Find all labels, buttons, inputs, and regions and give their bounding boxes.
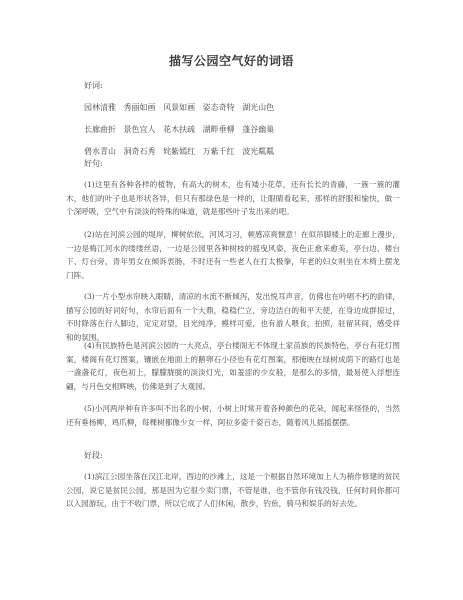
word-item: 园林清雅 — [84, 103, 116, 112]
word-item: 秀丽如画 — [124, 103, 156, 112]
good-passages-label: 好段: — [84, 450, 103, 461]
word-item: 姿态奇特 — [203, 103, 235, 112]
passage-paragraph: (1)滨江公园坐落在汉江北岸，西边的沙滩上，这是一个根据自然环境加上人为稍作修建… — [66, 470, 400, 511]
word-item: 蓬谷幽巢 — [242, 125, 274, 134]
document-page: 描写公园空气好的词语 好词: 园林清雅 秀丽如画 风景如画 姿态奇特 湖光山色 … — [0, 0, 463, 600]
good-sentences-label: 好句: — [84, 158, 103, 169]
sentence-paragraph: (1)这里有各种各样的植物，有高大的树木，也有矮小花草，还有长长的青藤，一簇一簇… — [66, 178, 400, 219]
word-item: 景色宜人 — [124, 125, 156, 134]
word-item: 波光粼粼 — [242, 147, 274, 156]
word-item: 长廊曲折 — [84, 125, 116, 134]
word-item: 洞奇石秀 — [124, 147, 156, 156]
word-item: 姹紫嫣红 — [163, 147, 195, 156]
good-words-row: 长廊曲折 景色宜人 花木扶疏 湖畔垂柳 蓬谷幽巢 — [84, 124, 279, 135]
sentence-paragraph: (3)一片小型水帘映入眼睛，清凉的水流不断倾泻，发出悦耳声音，仿佛也在吟唱不朽的… — [66, 290, 400, 344]
word-item: 碧水青山 — [84, 147, 116, 156]
word-item: 湖光山色 — [242, 103, 274, 112]
sentence-paragraph: (5)小河两岸种有许多叫不出名的小树，小树上时常开着各种颜色的花朵，闻起来怪怪的… — [66, 402, 400, 429]
word-item: 湖畔垂柳 — [203, 125, 235, 134]
word-item: 花木扶疏 — [163, 125, 195, 134]
page-title: 描写公园空气好的词语 — [0, 52, 463, 69]
word-item: 万紫千红 — [203, 147, 235, 156]
good-words-row: 碧水青山 洞奇石秀 姹紫嫣红 万紫千红 波光粼粼 — [84, 146, 279, 157]
good-words-label: 好词: — [84, 80, 103, 91]
sentence-paragraph: (2)站在河滨公园的堤岸，柳树依依，河风习习，顿感凉爽惬意！在似吊脚楼上的走廊上… — [66, 228, 400, 282]
good-words-row: 园林清雅 秀丽如画 风景如画 姿态奇特 湖光山色 — [84, 102, 279, 113]
word-item: 风景如画 — [163, 103, 195, 112]
sentence-paragraph: (4)有民族特色是河滨公园的一大亮点，亭台楼阁无不体现土家苗族的民族特色，亭台有… — [66, 339, 400, 393]
